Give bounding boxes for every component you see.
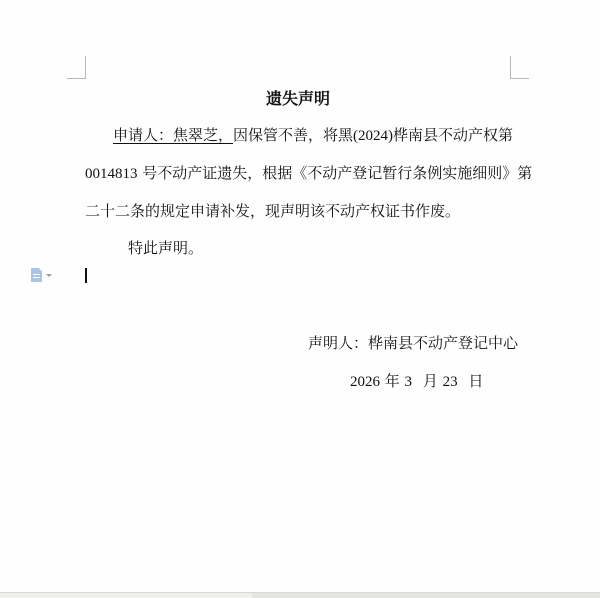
scrollbar-thumb[interactable] — [0, 593, 252, 598]
chevron-down-icon — [46, 274, 52, 277]
declarant-signature: 声明人：桦南县不动产登记中心 — [308, 332, 518, 353]
date-month: 3 — [405, 374, 413, 390]
certificate-year: (2024) — [353, 128, 393, 144]
date-day-unit: 日 — [464, 372, 484, 390]
body-line-1: 申请人：焦翠芝，因保管不善，将黑(2024)桦南县不动产权第 — [113, 125, 513, 146]
certificate-number: 0014813 — [85, 166, 138, 182]
date-year: 2026 — [350, 374, 380, 390]
text-cursor — [85, 268, 87, 283]
body-text: 因保管不善，将黑 — [233, 126, 353, 144]
body-line-3: 二十二条的规定申请补发，现声明该不动产权证书作废。 — [85, 201, 460, 221]
horizontal-scrollbar[interactable] — [0, 592, 600, 598]
margin-corner-top-left — [67, 56, 86, 79]
date-year-unit: 年 — [380, 372, 405, 390]
declaration-date: 2026 年 3 月 23 日 — [350, 370, 483, 391]
body-text: 号不动产证遗失，根据《不动产登记暂行条例实施细则》第 — [138, 164, 533, 182]
paste-options-button[interactable] — [31, 267, 55, 283]
date-month-unit: 月 — [418, 372, 443, 390]
margin-corner-top-right — [510, 56, 529, 79]
document-title: 遗失声明 — [0, 86, 596, 109]
body-line-2: 0014813 号不动产证遗失，根据《不动产登记暂行条例实施细则》第 — [85, 163, 532, 184]
applicant-label: 申请人：焦翠芝， — [113, 126, 233, 144]
body-text: 桦南县不动产权第 — [393, 126, 513, 144]
date-day: 23 — [443, 374, 458, 390]
document-page[interactable]: 遗失声明 申请人：焦翠芝，因保管不善，将黑(2024)桦南县不动产权第 0014… — [0, 0, 600, 592]
paste-options-icon — [31, 268, 42, 282]
closing-statement: 特此声明。 — [128, 238, 203, 258]
